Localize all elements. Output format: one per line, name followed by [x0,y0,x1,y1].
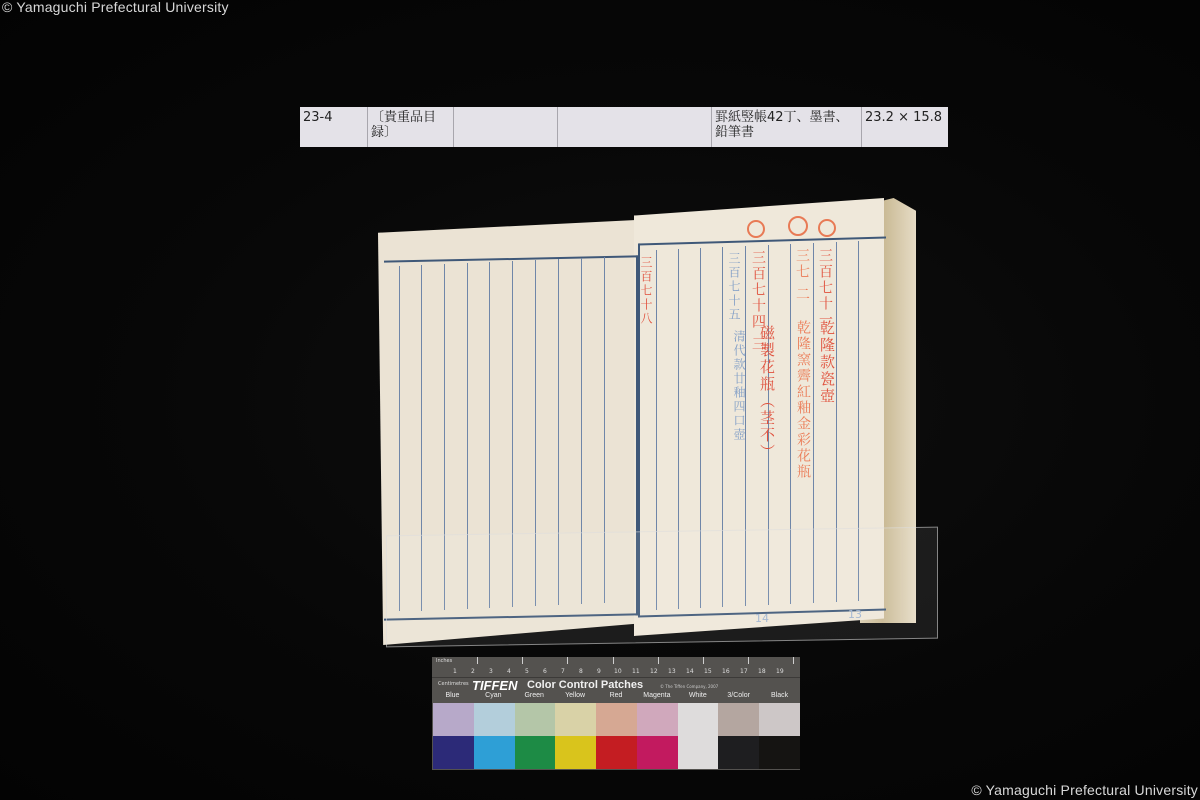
circle-mark [788,216,808,236]
color-control-chart: Inches 1 2 3 4 5 6 7 8 9 10 11 12 13 14 … [432,657,800,770]
color-patch-yellow-light [555,703,596,736]
color-patch-cyan-light [474,703,515,736]
catalog-blank-cell [454,107,558,147]
chart-title: Color Control Patches [527,679,643,691]
color-patch-green-dark [515,736,556,769]
color-patch-green-light [515,703,556,736]
catalog-number: 23-4 [300,107,368,147]
patch-label: Magenta [636,692,677,699]
entry-number: 三百七十五 [726,252,743,322]
catalog-size: 23.2 × 15.8 [862,107,948,147]
patch-label: White [677,692,718,699]
color-patch-3-color-dark [718,736,759,769]
patch-label: Yellow [555,692,596,699]
color-patch-white-dark [678,736,719,769]
entry-number: 三七 二 [792,248,812,302]
color-patch-yellow-dark [555,736,596,769]
ruler-unit-centimetres: Centimetres [438,681,469,687]
patch-label: Green [514,692,555,699]
color-patch-magenta-light [637,703,678,736]
color-patch-black-dark [759,736,800,769]
patch-label: 3/Color [718,692,759,699]
catalog-title: 〔貴重品目録〕 [368,107,454,147]
patch-label: Cyan [473,692,514,699]
patch-label: Blue [432,692,473,699]
color-patch-cyan-dark [474,736,515,769]
measurement-ruler: Inches 1 2 3 4 5 6 7 8 9 10 11 12 13 14 … [432,657,800,678]
color-patch-red-dark [596,736,637,769]
patch-label: Red [596,692,637,699]
catalog-blank-cell [558,107,712,147]
color-patch-white-light [678,703,719,736]
catalog-format: 罫紙竪帳42丁、墨書、鉛筆書 [712,107,862,147]
circle-mark [818,219,836,237]
entry-text: 清代款廿釉四口壺 [731,330,748,442]
copyright-watermark-bottom: © Yamaguchi Prefectural University [971,782,1198,798]
color-patch-magenta-dark [637,736,678,769]
entry-number: 三百七十八 [638,256,655,326]
ruler-unit-inches: Inches [436,658,452,664]
color-patch-grid [433,703,800,769]
entry-number: 三百七十一 [815,248,835,328]
entry-text: 磁製花瓶（茎不） [757,325,778,461]
color-patch-3-color-light [718,703,759,736]
color-patch-black-light [759,703,800,736]
tiffen-logo: TIFFEN [472,678,518,693]
entry-text: 乾隆款瓷壺 [817,320,838,405]
chart-copyright: © The Tiffen Company, 2007 [660,684,718,689]
entry-text: 乾隆窯霽紅釉金彩花瓶 [793,320,813,480]
color-patch-blue-dark [433,736,474,769]
copyright-watermark-top: © Yamaguchi Prefectural University [2,0,229,15]
circle-mark [747,220,765,238]
catalog-label-strip: 23-4 〔貴重品目録〕 罫紙竪帳42丁、墨書、鉛筆書 23.2 × 15.8 [300,107,948,147]
patch-label: Black [759,692,800,699]
acrylic-page-holder [386,527,938,648]
patch-labels: Blue Cyan Green Yellow Red Magenta White… [432,692,800,699]
color-patch-blue-light [433,703,474,736]
color-patch-red-light [596,703,637,736]
